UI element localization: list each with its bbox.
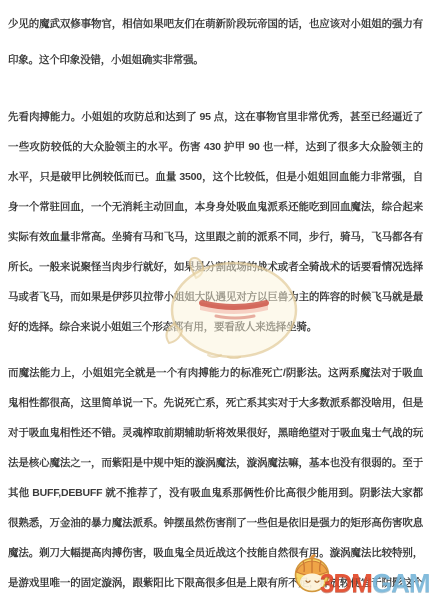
text-line: 身一个常驻回血，一个无消耗主动回血，本身身处吸血鬼派系还能吃到回血魔法，综合起来 bbox=[8, 192, 423, 222]
text-line: 水平，只是破甲比例较低而已。血量 3500，这个比较低，但是小姐姐回血能力非常强… bbox=[8, 162, 423, 192]
text-line: 很熟悉，万金油的暴力魔法派系。钟摆虽然伤害削了一些但是依旧是强力的矩形高伤害吹息 bbox=[8, 508, 423, 538]
text-line: 鬼相性都很高，这里简单说一下。先说死亡系，死亡系其实对于大多数派系都没啥用，但是 bbox=[8, 388, 423, 418]
text-line: 实际有效血量非常高。坐骑有马和飞马，这里跟之前的派系不同，步行，骑马，飞马都各有 bbox=[8, 222, 423, 252]
text-line: 少见的魔武双修事物官，相信如果吧友们在萌新阶段玩帝国的话，也应该对小姐姐的强力有 bbox=[8, 6, 423, 42]
paragraph: 先看肉搏能力。小姐姐的攻防总和达到了 95 点，这在事物官里非常优秀，甚至已经逼… bbox=[8, 102, 423, 342]
text-line: 魔法。剃刀大幅提高肉搏伤害，吸血鬼全员近战这个技能自然很有用。漩涡魔法比较特别， bbox=[8, 538, 423, 568]
text-line: 其他 BUFF,DEBUFF 就不推荐了，没有吸血鬼系那俩性价比高很少能用到。阴… bbox=[8, 478, 423, 508]
text-line: 一些攻防较低的大众脸领主的水平。伤害 430 护甲 90 也一样，达到了很多大众… bbox=[8, 132, 423, 162]
page: { "page": { "background": "#ffffff", "te… bbox=[0, 0, 431, 600]
text-line: 所长。一般来说聚怪当肉步行就好，如果是分割战场的战术或者全骑战术的话要看情况选择 bbox=[8, 252, 423, 282]
text-line: 对于吸血鬼相性还不错。灵魂榨取前期辅助斩将效果很好，黑暗绝望对于吸血鬼士气战的玩 bbox=[8, 418, 423, 448]
text-line: 法是核心魔法之一，而紫阳是中规中矩的漩涡魔法，漩涡魔法嘛，基本也没有很弱的。至于 bbox=[8, 448, 423, 478]
text-line: 是游戏里唯一的固定漩涡，跟紫阳比下限高很多但是上限有所不足，释放较便宜于阴影这个 bbox=[8, 568, 423, 598]
paragraph: 而魔法能力上，小姐姐完全就是一个有肉搏能力的标准死亡/阴影法。这两系魔法对于吸血… bbox=[8, 358, 423, 598]
text-line: 印象。这个印象没错，小姐姐确实非常强。 bbox=[8, 42, 423, 78]
paragraph: 少见的魔武双修事物官，相信如果吧友们在萌新阶段玩帝国的话，也应该对小姐姐的强力有… bbox=[8, 6, 423, 78]
text-line: 马或者飞马，而如果是伊莎贝拉带小姐姐大队遇见对方以巨兽为主的阵容的时候飞马就是最 bbox=[8, 282, 423, 312]
text-line: 而魔法能力上，小姐姐完全就是一个有肉搏能力的标准死亡/阴影法。这两系魔法对于吸血 bbox=[8, 358, 423, 388]
text-line: 好的选择。综合来说小姐姐三个形态都有用，要看敌人来选择坐骑。 bbox=[8, 312, 423, 342]
article-body: 少见的魔武双修事物官，相信如果吧友们在萌新阶段玩帝国的话，也应该对小姐姐的强力有… bbox=[8, 6, 423, 598]
text-line: 先看肉搏能力。小姐姐的攻防总和达到了 95 点，这在事物官里非常优秀，甚至已经逼… bbox=[8, 102, 423, 132]
